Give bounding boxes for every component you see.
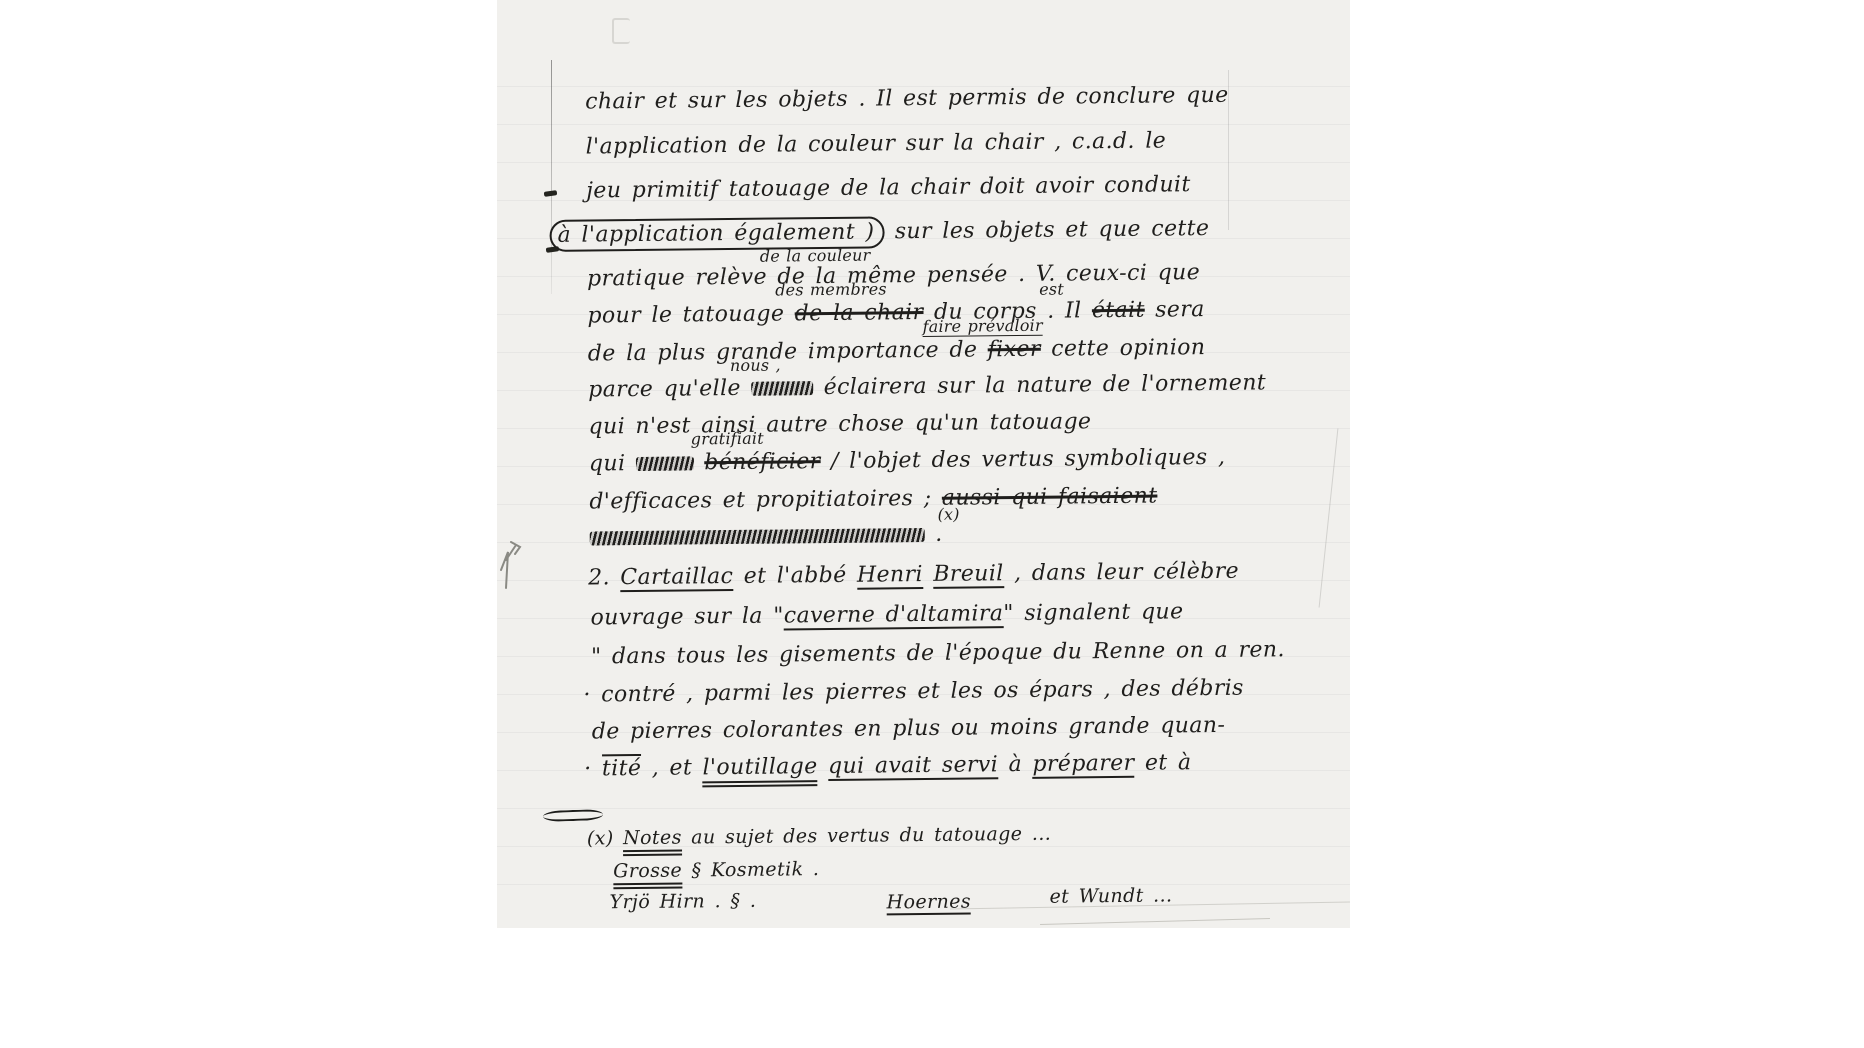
text-segment: et Wundt ... — [1049, 884, 1172, 907]
text-segment: Notes — [623, 827, 682, 857]
text-segment: Yrjö Hirn . § . — [609, 890, 756, 914]
footnote-line: (x) Notes au sujet des vertus du tatouag… — [587, 823, 1051, 850]
text-segment: (x) — [587, 827, 623, 849]
footnote-line: Grosse § Kosmetik . — [613, 858, 819, 882]
footnote-citation: et Wundt ... — [1049, 884, 1172, 907]
scanned-manuscript-screenshot: { "colors": { "canvas": "#ffffff", "pape… — [0, 0, 1864, 1048]
footnote-layer: (x) Notes au sujet des vertus du tatouag… — [492, 0, 1355, 932]
text-segment: Grosse — [613, 860, 682, 890]
footnote-citation: Hoernes — [886, 891, 971, 914]
text-segment: § Kosmetik . — [682, 858, 819, 881]
footnote-line: Yrjö Hirn . § . — [609, 890, 756, 914]
text-segment: au sujet des vertus du tatouage ... — [682, 823, 1052, 849]
text-segment: Hoernes — [886, 891, 971, 916]
